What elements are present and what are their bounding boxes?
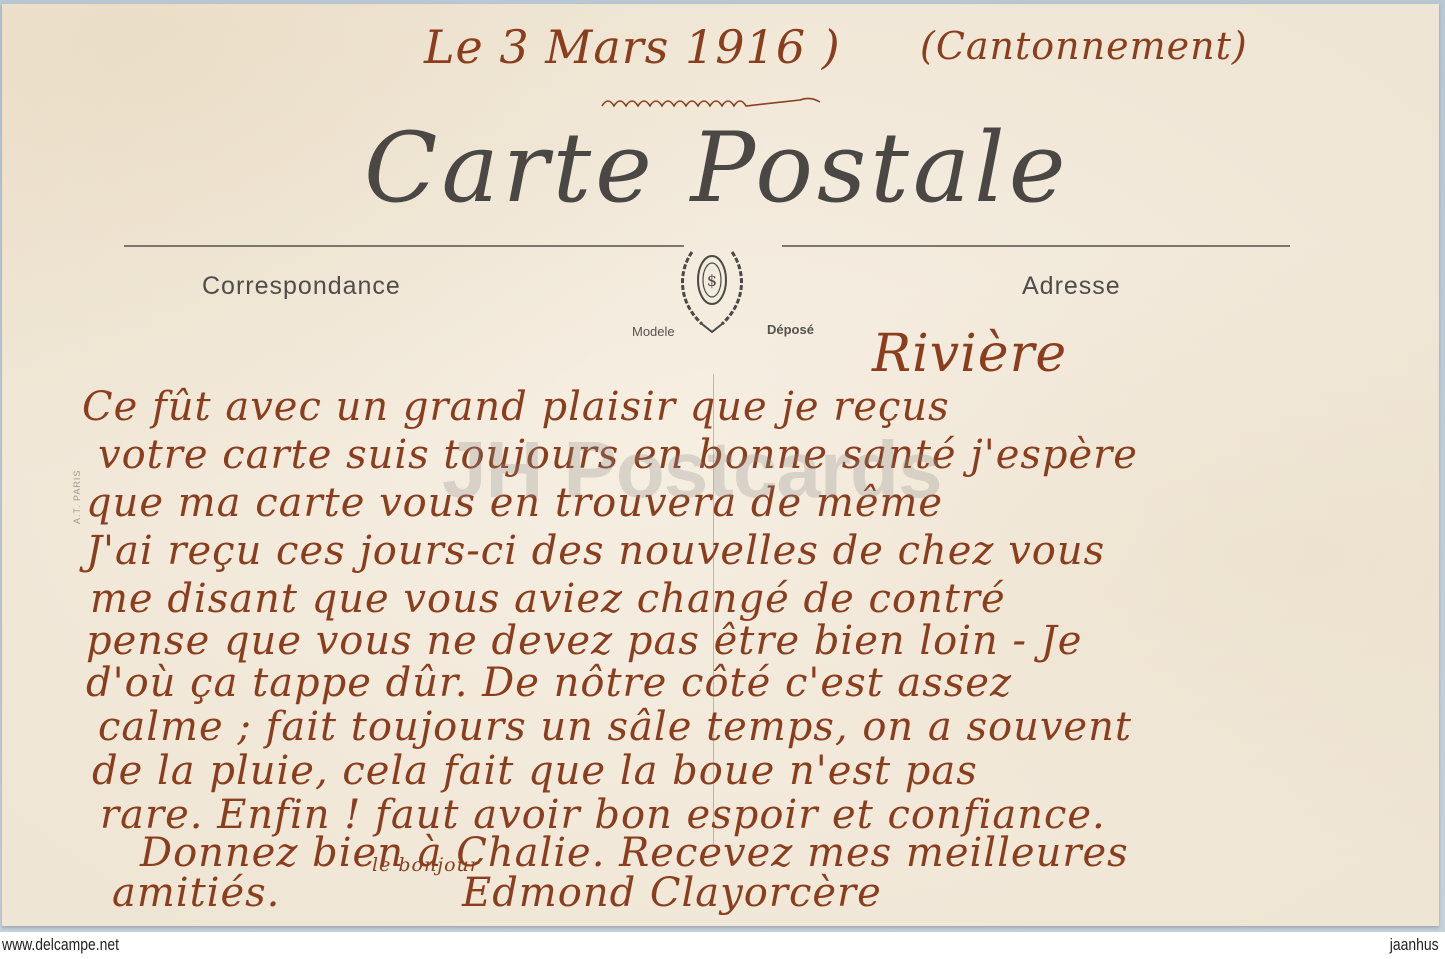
footer-seller-name: jaanhus [1390, 935, 1439, 955]
address-label: Adresse [1022, 272, 1121, 301]
message-line: d'où ça tappe dûr. De nôtre côté c'est a… [86, 660, 1012, 706]
message-line: votre carte suis toujours en bonne santé… [98, 432, 1138, 478]
laurel-crest-icon: $ [672, 242, 752, 337]
card-title: Carte Postale [364, 112, 1084, 224]
recipient-name: Rivière [872, 324, 1067, 384]
message-line: Ce fût avec un grand plaisir que je reçu… [82, 384, 950, 430]
message-line: J'ai reçu ces jours-ci des nouvelles de … [86, 528, 1105, 574]
message-line: calme ; fait toujours un sâle temps, on … [98, 704, 1132, 750]
date-line: Le 3 Mars 1916 ) [424, 20, 841, 74]
message-line: pense que vous ne devez pas être bien lo… [86, 618, 1082, 664]
svg-text:$: $ [707, 271, 717, 290]
underline-flourish-icon [600, 94, 822, 110]
postcard: Le 3 Mars 1916 ) (Cantonnement) Carte Po… [2, 4, 1439, 926]
message-line: me disant que vous aviez changé de contr… [90, 576, 1006, 622]
correspondence-label: Correspondance [202, 272, 401, 301]
header-divider-right [782, 245, 1290, 247]
message-line: de la pluie, cela fait que la boue n'est… [92, 748, 978, 794]
footer-bar: www.delcampe.net jaanhus [0, 932, 1445, 959]
signature: Edmond Clayorcère [462, 870, 882, 916]
crest-label-modele: Modele [632, 324, 675, 339]
printer-mark: A.T. PARIS [72, 470, 82, 524]
header-divider-left [124, 245, 684, 247]
crest-label-depose: Déposé [767, 322, 814, 337]
message-line: amitiés. [112, 870, 280, 916]
location-note: (Cantonnement) [920, 24, 1248, 68]
footer-source-link[interactable]: www.delcampe.net [2, 935, 119, 955]
message-line: que ma carte vous en trouvera de même [86, 480, 943, 526]
